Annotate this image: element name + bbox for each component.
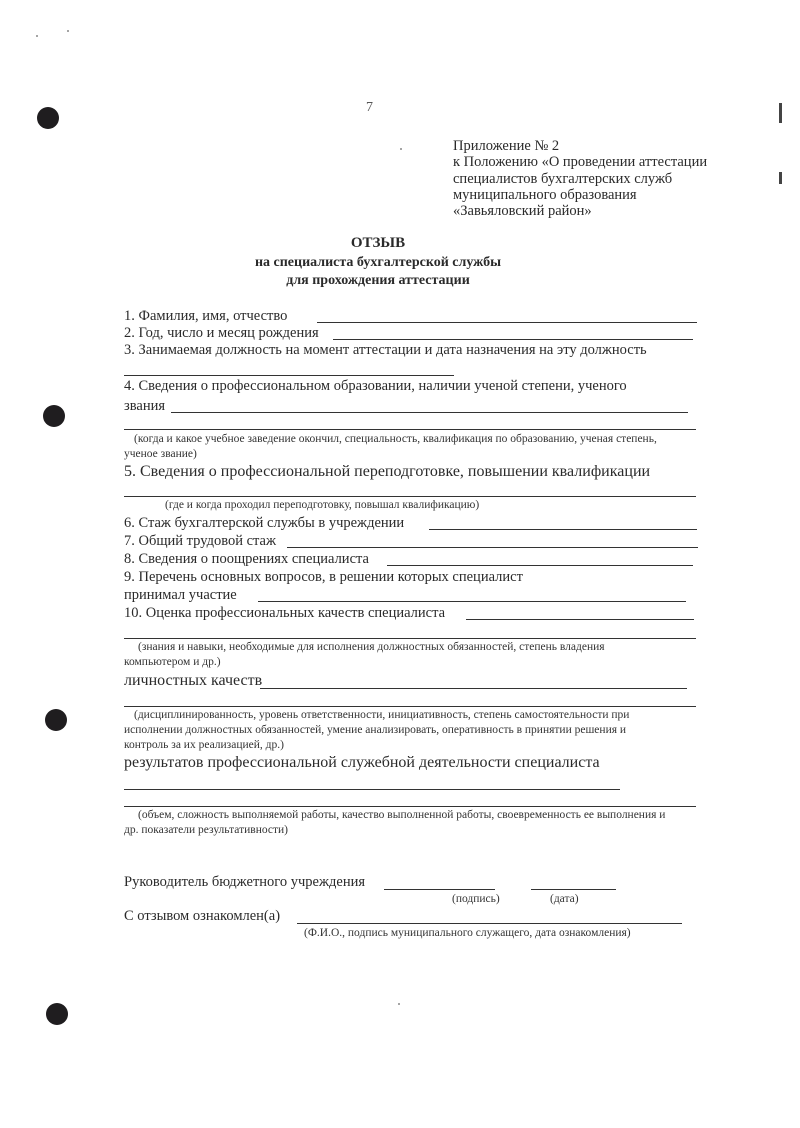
document-subtitle: на специалиста бухгалтерской службы <box>0 255 778 271</box>
professional-assessment-blank-2[interactable] <box>124 638 696 639</box>
total-experience-blank[interactable] <box>287 547 698 548</box>
personal-qualities-hint: исполнении должностных обязанностей, уме… <box>124 724 626 736</box>
retraining-hint: (где и когда проходил переподготовку, по… <box>165 499 479 511</box>
acquainted-blank[interactable] <box>297 923 682 924</box>
punch-hole <box>37 107 59 129</box>
field-label-birth-date: 2. Год, число и месяц рождения <box>124 325 319 342</box>
document-subtitle: для прохождения аттестации <box>0 273 778 289</box>
punch-hole <box>43 405 65 427</box>
field-label-degree: звания <box>124 398 165 415</box>
results-blank-2[interactable] <box>124 806 696 807</box>
full-name-blank[interactable] <box>317 322 697 323</box>
education-hint: ученое звание) <box>124 448 197 460</box>
retraining-blank[interactable] <box>124 496 696 497</box>
awards-blank[interactable] <box>387 565 693 566</box>
education-hint: (когда и какое учебное заведение окончил… <box>134 433 657 445</box>
appendix-header: Приложение № 2 к Положению «О проведении… <box>453 138 707 219</box>
results-hint: др. показатели результативности) <box>124 824 288 836</box>
field-label-total-experience: 7. Общий трудовой стаж <box>124 533 276 550</box>
head-of-institution-label: Руководитель бюджетного учреждения <box>124 874 365 891</box>
professional-assessment-blank[interactable] <box>466 619 694 620</box>
personal-qualities-hint: контроль за их реализацией, др.) <box>124 739 284 751</box>
date-caption: (дата) <box>550 893 579 905</box>
field-label-awards: 8. Сведения о поощрениях специалиста <box>124 551 369 568</box>
field-label-results: результатов профессиональной служебной д… <box>124 754 600 772</box>
service-length-blank[interactable] <box>429 529 697 530</box>
field-label-professional-assessment: 10. Оценка профессиональных качеств спец… <box>124 605 445 622</box>
professional-assessment-hint: компьютером и др.) <box>124 656 221 668</box>
scan-speck <box>400 148 402 150</box>
results-hint: (объем, сложность выполняемой работы, ка… <box>138 809 665 821</box>
acquainted-label: С отзывом ознакомлен(а) <box>124 908 280 925</box>
head-signature-blank[interactable] <box>384 889 495 890</box>
signature-caption: (подпись) <box>452 893 500 905</box>
scan-edge-mark <box>779 172 782 184</box>
scan-speck <box>36 35 38 37</box>
scan-speck <box>67 30 69 32</box>
field-label-position: 3. Занимаемая должность на момент аттест… <box>124 342 647 359</box>
page-number: 7 <box>366 100 373 116</box>
appendix-line: муниципального образования <box>453 187 707 203</box>
position-blank[interactable] <box>124 375 454 376</box>
scan-edge-mark <box>779 103 782 123</box>
field-label-personal-qualities: личностных качеств <box>124 672 262 690</box>
professional-assessment-hint: (знания и навыки, необходимые для исполн… <box>138 641 605 653</box>
acquainted-caption: (Ф.И.О., подпись муниципального служащег… <box>304 927 631 939</box>
field-label-participation: принимал участие <box>124 587 237 604</box>
personal-qualities-blank[interactable] <box>260 688 687 689</box>
field-label-retraining: 5. Сведения о профессиональной переподго… <box>124 463 650 481</box>
punch-hole <box>45 709 67 731</box>
education-blank-2[interactable] <box>124 429 696 430</box>
education-blank[interactable] <box>171 412 688 413</box>
field-label-education: 4. Сведения о профессиональном образован… <box>124 378 627 395</box>
field-label-service-length: 6. Стаж бухгалтерской службы в учреждени… <box>124 515 404 532</box>
appendix-line: к Положению «О проведении аттестации <box>453 154 707 170</box>
appendix-line: Приложение № 2 <box>453 138 707 154</box>
personal-qualities-blank-2[interactable] <box>124 706 696 707</box>
field-label-full-name: 1. Фамилия, имя, отчество <box>124 308 287 325</box>
field-label-main-issues: 9. Перечень основных вопросов, в решении… <box>124 569 523 586</box>
appendix-line: «Завьяловский район» <box>453 203 707 219</box>
results-blank[interactable] <box>124 789 620 790</box>
participation-blank[interactable] <box>258 601 686 602</box>
punch-hole <box>46 1003 68 1025</box>
birth-date-blank[interactable] <box>333 339 693 340</box>
appendix-line: специалистов бухгалтерских служб <box>453 171 707 187</box>
personal-qualities-hint: (дисциплинированность, уровень ответстве… <box>134 709 629 721</box>
scan-speck <box>398 1003 400 1005</box>
document-title: ОТЗЫВ <box>0 235 778 252</box>
head-date-blank[interactable] <box>531 889 616 890</box>
